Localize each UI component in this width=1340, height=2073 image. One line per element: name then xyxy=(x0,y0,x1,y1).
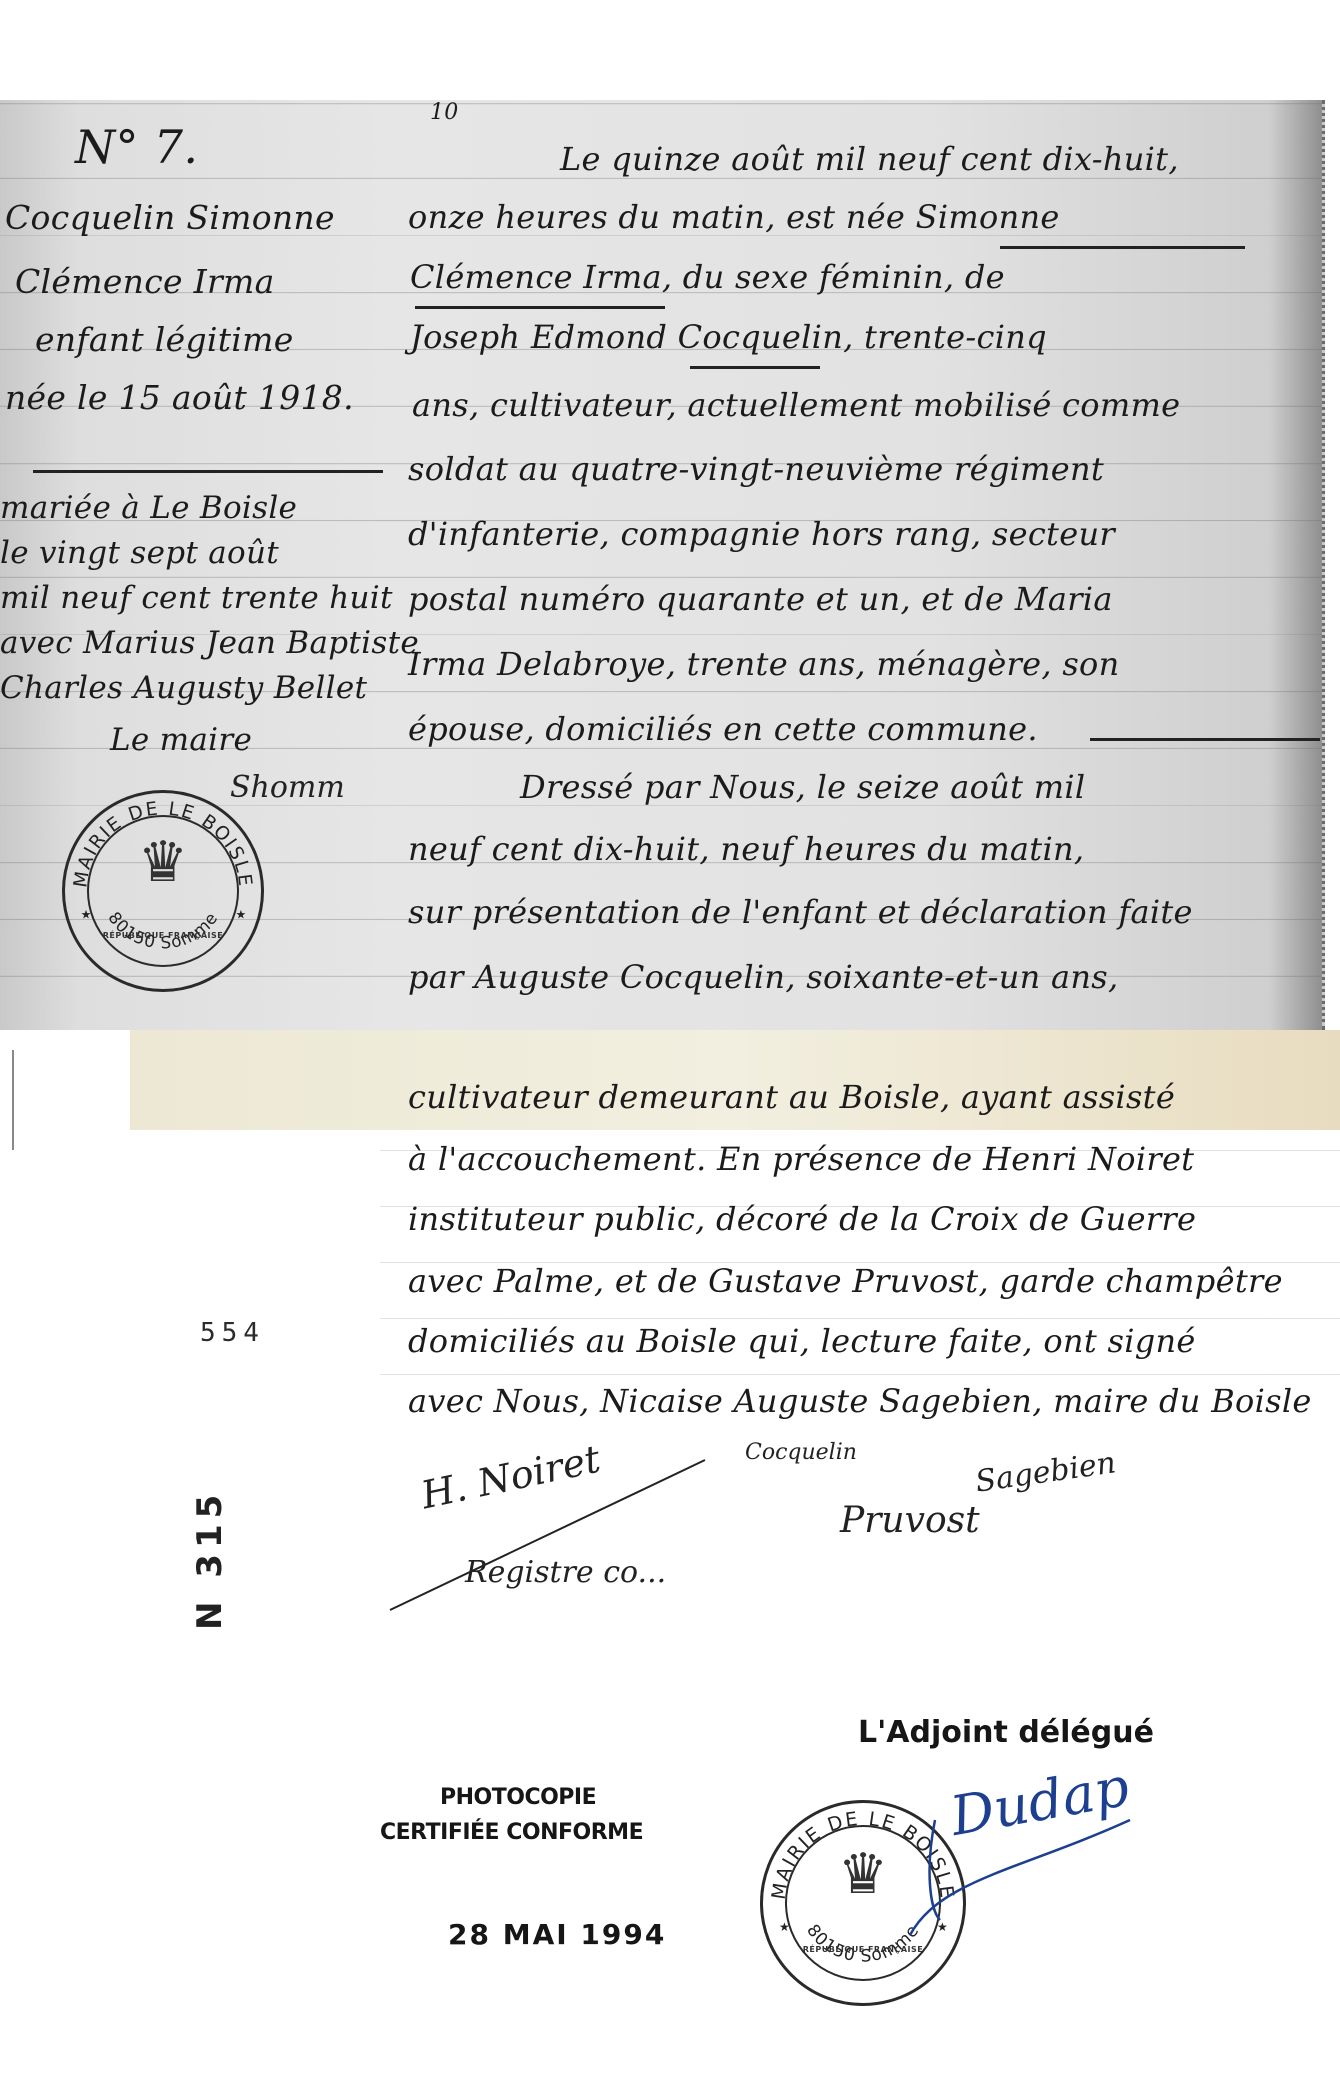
registre-annotation: Registre co... xyxy=(465,1555,666,1590)
margin-subject-line: née le 15 août 1918. xyxy=(5,378,354,417)
mairie-seal-upper: MAIRIE DE LE BOISLE 80150 Somme ★ ★ ♛ RÉ… xyxy=(62,790,264,992)
act-text-line: cultivateur demeurant au Boisle, ayant a… xyxy=(408,1078,1175,1116)
margin-subject-line: Clémence Irma xyxy=(15,262,275,301)
act-text-line: Joseph Edmond Cocquelin, trente-cinq xyxy=(410,318,1047,356)
act-text-line: d'infanterie, compagnie hors rang, secte… xyxy=(408,515,1115,553)
act-text-line: domiciliés au Boisle qui, lecture faite,… xyxy=(408,1322,1196,1360)
marianne-figure-icon: ♛ xyxy=(838,1847,888,1903)
surname-underline xyxy=(690,366,820,369)
marriage-note-line: Charles Augusty Bellet xyxy=(0,670,367,706)
svg-text:★: ★ xyxy=(81,907,92,921)
act-text-line: épouse, domiciliés en cette commune. xyxy=(408,710,1038,748)
act-text-line: avec Nous, Nicaise Auguste Sagebien, mai… xyxy=(408,1382,1312,1420)
end-of-paragraph-rule xyxy=(1090,738,1320,741)
marianne-figure-icon: ♛ xyxy=(138,835,188,891)
page-edge-mark xyxy=(12,1050,14,1150)
act-text-line: instituteur public, décoré de la Croix d… xyxy=(408,1200,1196,1238)
page-marker: 10 xyxy=(430,100,459,125)
marriage-note-line: mil neuf cent trente huit xyxy=(0,580,393,616)
signature-sagebien: Sagebien xyxy=(973,1445,1118,1499)
act-text-line: soldat au quatre-vingt-neuvième régiment xyxy=(408,450,1104,488)
act-text-line: à l'accouchement. En présence de Henri N… xyxy=(408,1140,1194,1178)
act-text-line: onze heures du matin, est née Simonne xyxy=(408,198,1060,236)
act-text-line: par Auguste Cocquelin, soixante-et-un an… xyxy=(408,958,1119,996)
marriage-note-line: mariée à Le Boisle xyxy=(0,490,297,526)
act-text-line: Le quinze août mil neuf cent dix-huit, xyxy=(560,140,1179,178)
act-text-line: postal numéro quarante et un, et de Mari… xyxy=(408,580,1113,618)
marriage-note-line: Le maire xyxy=(110,722,252,758)
margin-subject-line: enfant légitime xyxy=(35,320,294,359)
act-text-line: neuf cent dix-huit, neuf heures du matin… xyxy=(408,830,1084,868)
signature-flourish xyxy=(385,1440,715,1620)
register-number: 554 xyxy=(200,1318,265,1348)
act-number: N° 7. xyxy=(75,120,198,174)
adjoint-label: L'Adjoint délégué xyxy=(858,1715,1154,1750)
name-underline xyxy=(1000,246,1245,249)
photocopy-stamp-line1: PHOTOCOPIE xyxy=(440,1785,596,1810)
photocopy-stamp-line2: CERTIFIÉE CONFORME xyxy=(380,1820,643,1845)
margin-divider xyxy=(33,470,383,473)
certification-date: 28 MAI 1994 xyxy=(448,1918,666,1951)
marriage-note-line: avec Marius Jean Baptiste xyxy=(0,625,419,661)
seal-center-text: RÉPUBLIQUE FRANÇAISE xyxy=(103,931,223,940)
act-text-line: avec Palme, et de Gustave Pruvost, garde… xyxy=(408,1262,1283,1300)
marriage-note-line: le vingt sept août xyxy=(0,535,279,571)
act-text-line: Clémence Irma, du sexe féminin, de xyxy=(410,258,1005,296)
signature-pruvost: Pruvost xyxy=(840,1500,980,1541)
act-text-line: Irma Delabroye, trente ans, ménagère, so… xyxy=(408,645,1120,683)
svg-text:★: ★ xyxy=(236,907,247,921)
name-underline xyxy=(415,306,665,309)
act-text-line: ans, cultivateur, actuellement mobilisé … xyxy=(412,386,1180,424)
register-number-vertical: N 315 xyxy=(190,1489,230,1630)
act-text-line: sur présentation de l'enfant et déclarat… xyxy=(408,893,1193,931)
signature-cocquelin: Cocquelin xyxy=(745,1440,857,1465)
margin-subject-line: Cocquelin Simonne xyxy=(5,198,335,237)
svg-text:★: ★ xyxy=(779,1920,790,1934)
act-text-line: Dressé par Nous, le seize août mil xyxy=(520,768,1085,806)
